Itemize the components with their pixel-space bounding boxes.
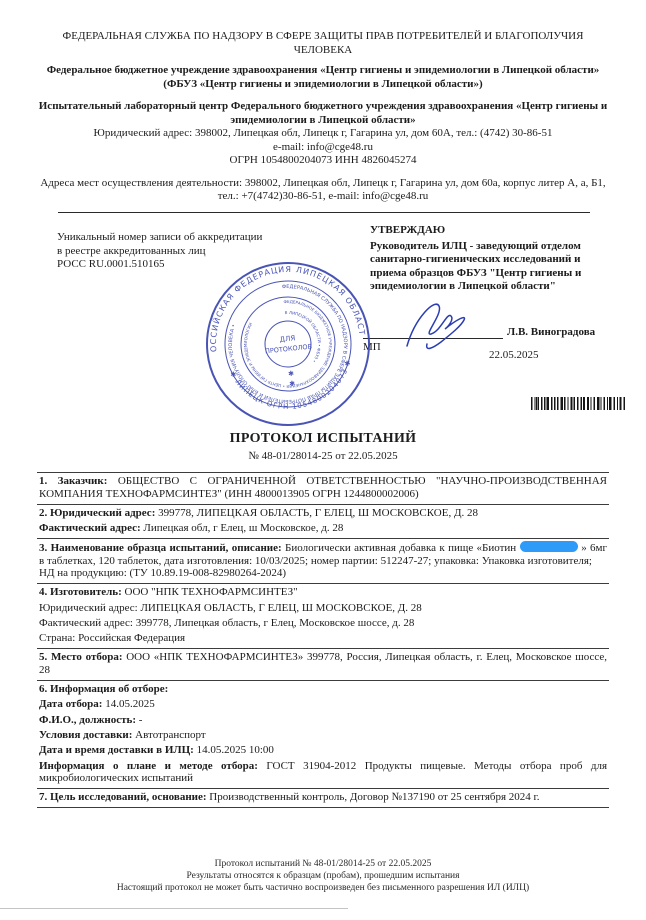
protocol-number: № 48-01/28014-25 от 22.05.2025 <box>0 450 646 462</box>
section-sampling-info: 6. Информация об отборе: Дата отбора: 14… <box>37 681 609 790</box>
stamp-center-line1: ДЛЯ <box>279 334 295 344</box>
actual-address-text: Липецкая обл, г Елец, ш Московское, д. 2… <box>143 522 343 534</box>
section-legal-address: 2. Юридический адрес: 399778, ЛИПЕЦКАЯ О… <box>37 505 609 539</box>
delivery-conditions-label: Условия доставки: <box>39 729 132 741</box>
stamp-star-2: ✱ <box>289 379 296 388</box>
protocol-title-block: ПРОТОКОЛ ИСПЫТАНИЙ № 48-01/28014-25 от 2… <box>0 431 646 462</box>
section-manufacturer: 4. Изготовитель: ООО "НПК ТЕХНОФАРМСИНТЕ… <box>37 584 609 649</box>
footer-protocol-number: Протокол испытаний № 48-01/28014-25 от 2… <box>0 858 646 870</box>
footer-results-note: Результаты относятся к образцам (пробам)… <box>0 870 646 882</box>
sampling-place-label: 5. Место отбора: <box>39 651 123 663</box>
delivery-datetime-label: Дата и время доставки в ИЛЦ: <box>39 744 194 756</box>
sampling-method-label: Информация о плане и методе отбора: <box>39 760 258 772</box>
manufacturer-country: Страна: Российская Федерация <box>39 632 607 645</box>
fio-label: Ф.И.О., должность: <box>39 714 136 726</box>
accreditation-line-2: в реестре аккредитованных лиц <box>57 245 337 259</box>
protocol-document-page: ФЕДЕРАЛЬНАЯ СЛУЖБА ПО НАДЗОРУ В СФЕРЕ ЗА… <box>0 0 646 920</box>
barcode <box>531 397 625 410</box>
fio-value: - <box>139 714 143 726</box>
signature-row: Л.В. Виноградова <box>363 300 618 342</box>
sampling-date-label: Дата отбора: <box>39 698 102 710</box>
research-purpose-label: 7. Цель исследований, основание: <box>39 791 207 803</box>
delivery-datetime-value: 14.05.2025 10:00 <box>197 744 274 756</box>
sampling-place-text: ООО «НПК ТЕХНОФАРМСИНТЕЗ» 399778, Россия… <box>39 651 607 676</box>
approval-title: УТВЕРЖДАЮ <box>370 224 618 238</box>
organization-name: Федеральное бюджетное учреждение здравоо… <box>37 64 609 91</box>
stamp-center-line2: ПРОТОКОЛОВ <box>265 343 313 356</box>
sampling-date-value: 14.05.2025 <box>105 698 155 710</box>
manufacturer-name: ООО "НПК ТЕХНОФАРМСИНТЕЗ" <box>125 586 298 598</box>
legal-address: Юридический адрес: 398002, Липецкая обл,… <box>37 127 609 141</box>
section-customer-text: ОБЩЕСТВО С ОГРАНИЧЕННОЙ ОТВЕТСТВЕННОСТЬЮ… <box>39 475 607 500</box>
section-research-purpose: 7. Цель исследований, основание: Произво… <box>37 789 609 808</box>
accreditation-line-1: Уникальный номер записи об аккредитации <box>57 231 337 245</box>
approval-date: 22.05.2025 <box>489 349 539 361</box>
nd-product-line: НД на продукцию: (ТУ 10.89.19-008-829802… <box>39 567 607 580</box>
scan-artifact-line <box>0 908 348 909</box>
protocol-title: ПРОТОКОЛ ИСПЫТАНИЙ <box>0 431 646 447</box>
section-customer: 1. Заказчик: ОБЩЕСТВО С ОГРАНИЧЕННОЙ ОТВ… <box>37 473 609 505</box>
approval-block: УТВЕРЖДАЮ Руководитель ИЛЦ - заведующий … <box>370 224 618 294</box>
section-sampling-place: 5. Место отбора: ООО «НПК ТЕХНОФАРМСИНТЕ… <box>37 649 609 681</box>
approval-body: Руководитель ИЛЦ - заведующий отделом са… <box>370 240 618 294</box>
section-sample-name: 3. Наименование образца испытаний, описа… <box>37 539 609 584</box>
document-footer: Протокол испытаний № 48-01/28014-25 от 2… <box>0 858 646 894</box>
email-line: e-mail: info@cge48.ru <box>37 141 609 155</box>
federal-service-name: ФЕДЕРАЛЬНАЯ СЛУЖБА ПО НАДЗОРУ В СФЕРЕ ЗА… <box>37 30 609 57</box>
ogrn-inn-line: ОГРН 1054800204073 ИНН 4826045274 <box>37 154 609 168</box>
header-divider <box>58 212 590 213</box>
legal-address-label: 2. Юридический адрес: <box>39 507 155 519</box>
manufacturer-legal-address: Юридический адрес: ЛИПЕЦКАЯ ОБЛАСТЬ, Г Е… <box>39 602 607 615</box>
activity-addresses: Адреса мест осуществления деятельности: … <box>37 177 609 204</box>
legal-address-text: 399778, ЛИПЕЦКАЯ ОБЛАСТЬ, Г ЕЛЕЦ, Ш МОСК… <box>158 507 478 519</box>
stamp-star-1: ✱ <box>288 370 295 379</box>
delivery-conditions-value: Автотранспорт <box>135 729 206 741</box>
footer-reproduction-note: Настоящий протокол не может быть частичн… <box>0 882 646 894</box>
section-customer-label: 1. Заказчик: <box>39 475 107 487</box>
laboratory-center-name: Испытательный лабораторный центр Федерал… <box>37 100 609 127</box>
actual-address-label: Фактический адрес: <box>39 522 141 534</box>
manufacturer-actual-address: Фактический адрес: 399778, Липецкая обла… <box>39 617 607 630</box>
round-stamp-icon: РОССИЙСКАЯ ФЕДЕРАЦИЯ ЛИПЕЦКАЯ ОБЛАСТЬ ✱ … <box>195 251 382 438</box>
signer-name: Л.В. Виноградова <box>507 326 595 338</box>
document-header: ФЕДЕРАЛЬНАЯ СЛУЖБА ПО НАДЗОРУ В СФЕРЕ ЗА… <box>37 30 609 204</box>
sample-name-text-before: Биологически активная добавка к пище «Би… <box>285 542 516 554</box>
research-purpose-text: Производственный контроль, Договор №1371… <box>209 791 539 803</box>
signature-stroke-icon <box>401 296 491 352</box>
redaction-box <box>520 541 578 552</box>
protocol-sections-table: 1. Заказчик: ОБЩЕСТВО С ОГРАНИЧЕННОЙ ОТВ… <box>37 472 609 808</box>
sample-name-label: 3. Наименование образца испытаний, описа… <box>39 542 282 554</box>
manufacturer-label: 4. Изготовитель: <box>39 586 122 598</box>
sampling-info-label: 6. Информация об отборе: <box>39 683 168 695</box>
